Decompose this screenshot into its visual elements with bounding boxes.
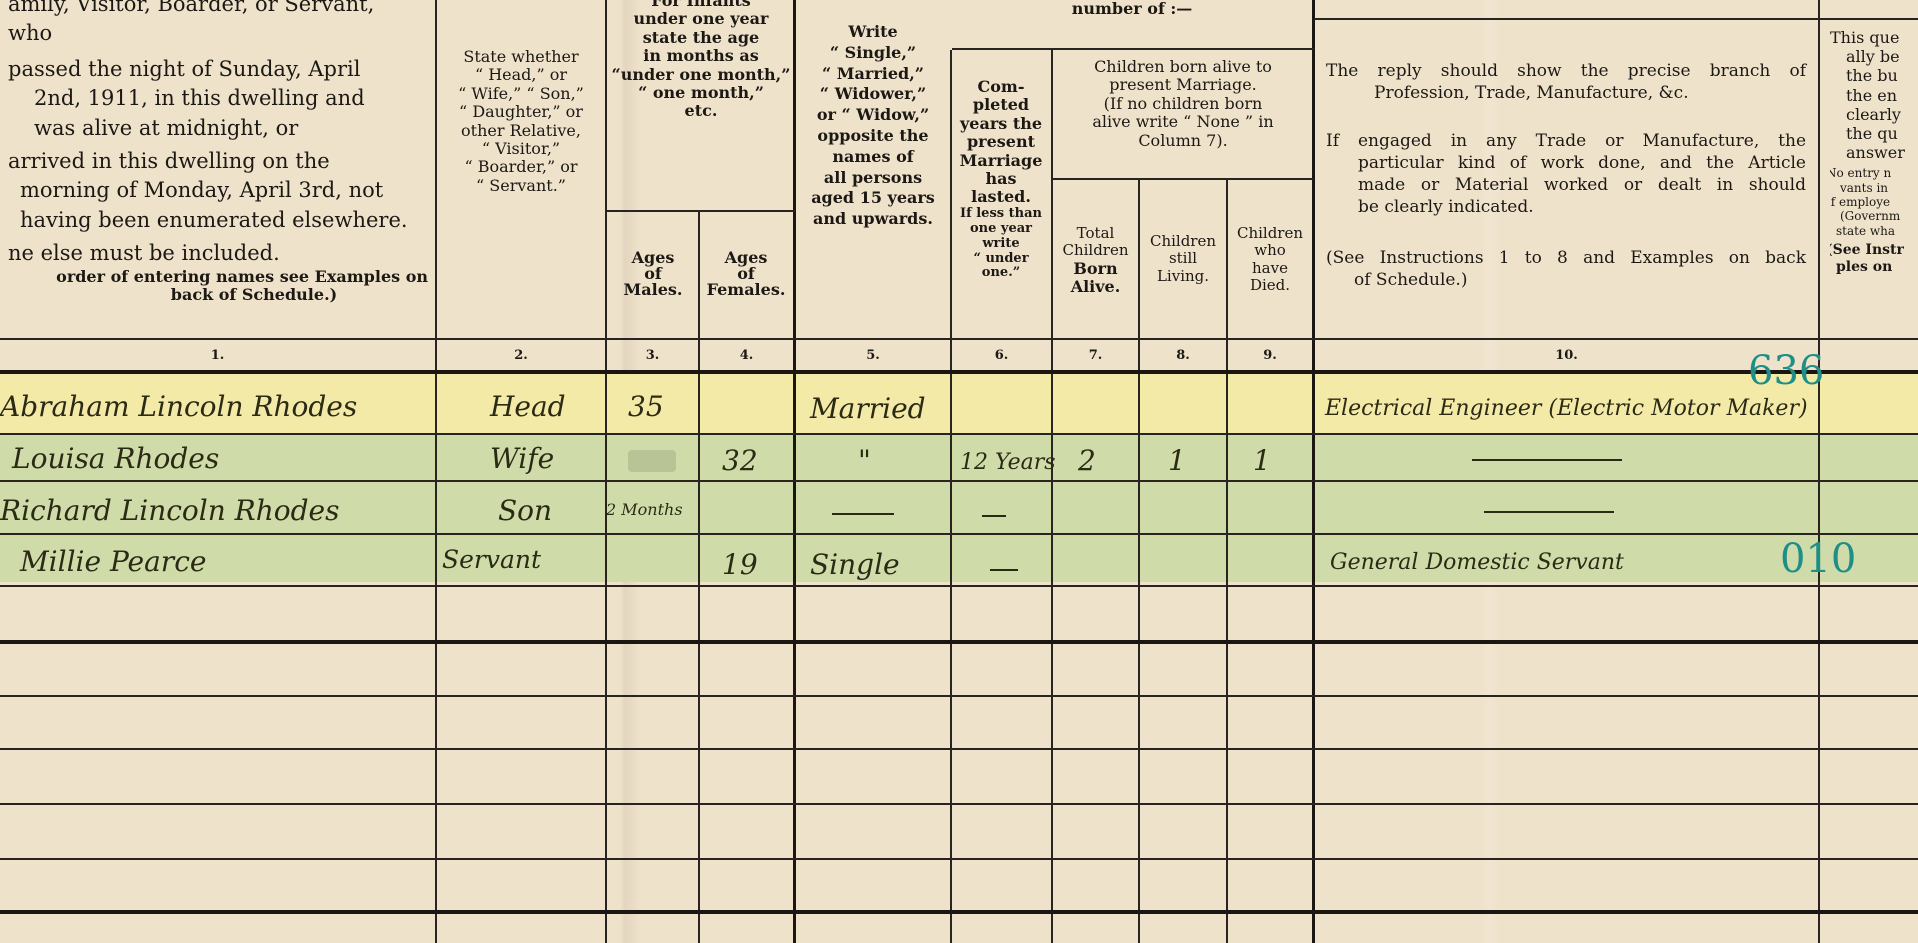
col1-line: who [8, 19, 428, 48]
col5-line: “ Single,” [796, 43, 950, 64]
column-number-10: 10. [1315, 348, 1818, 363]
col11-line: state wha [1830, 224, 1918, 238]
col6-line: one year [952, 222, 1050, 237]
infant-age-subrule [605, 210, 795, 212]
col-rule-10-11 [1818, 0, 1820, 943]
relation-to-head: Wife [490, 442, 554, 475]
col5-instructions: Write “ Single,” “ Married,” “ Widower,”… [796, 22, 950, 230]
col2-line: State whether [440, 48, 602, 66]
col5-line: “ Married,” [796, 64, 950, 85]
col9-header: Children who have Died. [1228, 225, 1312, 294]
col5-line: or “ Widow,” [796, 105, 950, 126]
col4-line: Females. [700, 282, 792, 298]
col11-line: ples on [1830, 259, 1918, 276]
marital-condition: Married [810, 392, 926, 425]
col7-line: Total [1053, 225, 1138, 242]
col34-line: in months as [608, 47, 794, 65]
col11-line: (Governm [1830, 209, 1918, 223]
ages-of-males-header: Ages of Males. [608, 250, 698, 298]
children-line: present Marriage. [1053, 76, 1313, 94]
col34-line: state the age [608, 29, 794, 47]
marital-condition: Single [810, 548, 900, 581]
column-number-8: 8. [1140, 348, 1226, 363]
colnum-bottom-rule [0, 370, 1918, 374]
column-number-1: 1. [0, 348, 435, 363]
col-rule-1-2 [435, 0, 437, 943]
row-rule [0, 858, 1918, 860]
occupation-code: 010 [1780, 536, 1856, 582]
col-rule-2-3 [605, 0, 607, 943]
col6-line: “ under [952, 252, 1050, 267]
col5-line: Write [796, 22, 950, 43]
col7-line: Children [1053, 242, 1138, 259]
col8-line: Living. [1140, 268, 1226, 285]
census-page: amily, Visitor, Boarder, or Servant, who… [0, 0, 1918, 943]
col6-line: If less than [952, 207, 1050, 222]
col11-line: (See Instr [1830, 242, 1918, 259]
col7-line: Born [1053, 260, 1138, 278]
col-rule-6-7 [1051, 50, 1053, 943]
column-number-9: 9. [1228, 348, 1312, 363]
col9-line: Died. [1228, 277, 1312, 294]
col6-line: write [952, 237, 1050, 252]
col34-line: under one year [608, 10, 794, 28]
col10-line: made or Material worked or dealt in shou… [1326, 174, 1806, 196]
years-married-dash [990, 569, 1018, 571]
col1-order-note: back of Schedule.) [0, 286, 428, 304]
children-died: 1 [1253, 444, 1271, 477]
smudged-erasure [628, 450, 676, 472]
col11-line: No entry n [1830, 166, 1918, 180]
col2-line: “ Visitor,” [440, 140, 602, 158]
years-married: 12 Years [960, 450, 1056, 475]
col10-top-rule [1314, 18, 1918, 20]
col6-line: Marriage [952, 152, 1050, 170]
column-number-4: 4. [700, 348, 793, 363]
col7-header: Total Children Born Alive. [1053, 225, 1138, 296]
col5-line: names of [796, 147, 950, 168]
col34-line: etc. [608, 102, 794, 120]
col34-line: “ one month,” [608, 84, 794, 102]
ages-of-females-header: Ages of Females. [700, 250, 792, 298]
col5-line: aged 15 years [796, 188, 950, 209]
col6-line: present [952, 133, 1050, 151]
col11-line: This que [1830, 28, 1918, 47]
col-rule-3-4 [698, 210, 700, 943]
header-bottom-rule [0, 338, 1918, 340]
col1-order-note: order of entering names see Examples on [0, 268, 428, 286]
age-male: 2 Months [606, 500, 683, 519]
number-of-rule [952, 48, 1314, 50]
person-name: Abraham Lincoln Rhodes [0, 390, 432, 423]
occupation-code: 636 [1748, 348, 1824, 394]
col9-line: who [1228, 242, 1312, 259]
col10-line: If engaged in any Trade or Manufacture, … [1326, 130, 1806, 152]
col10-line: be clearly indicated. [1326, 196, 1806, 218]
col1-line: arrived in this dwelling on the [8, 147, 428, 176]
col11-line: the bu [1830, 66, 1918, 85]
col2-line: “ Daughter,” or [440, 103, 602, 121]
column-number-2: 2. [437, 348, 605, 363]
col2-line: “ Servant.” [440, 177, 602, 195]
col8-line: still [1140, 250, 1226, 267]
col1-line: morning of Monday, April 3rd, not [8, 176, 428, 205]
col10-line: particular kind of work done, and the Ar… [1326, 152, 1806, 174]
children-line: alive write “ None ” in [1053, 113, 1313, 131]
row-rule [0, 803, 1918, 805]
column-number-6: 6. [952, 348, 1051, 363]
col5-line: all persons [796, 168, 950, 189]
occupation: General Domestic Servant [1330, 550, 1624, 575]
col8-header: Children still Living. [1140, 233, 1226, 285]
col2-instructions: State whether “ Head,” or “ Wife,” “ Son… [440, 48, 602, 195]
col11-instructions-cropped: This que ally be the bu the en clearly t… [1830, 28, 1918, 276]
col11-line: the qu [1830, 124, 1918, 143]
col6-instructions: Com- pleted years the present Marriage h… [952, 78, 1050, 281]
col2-line: “ Wife,” “ Son,” [440, 85, 602, 103]
children-born-alive: 2 [1078, 444, 1096, 477]
occupation-dash [1472, 459, 1622, 461]
children-line: Column 7). [1053, 132, 1313, 150]
age-female: 19 [722, 548, 758, 581]
col10-instructions: The reply should show the precise branch… [1326, 60, 1806, 291]
col1-line: ne else must be included. [8, 239, 428, 268]
children-line: (If no children born [1053, 95, 1313, 113]
col6-line: has [952, 170, 1050, 188]
relation-to-head: Head [490, 390, 566, 423]
col3-line: Males. [608, 282, 698, 298]
col11-line: the en [1830, 86, 1918, 105]
relation-to-head: Servant [442, 545, 541, 574]
col6-line: lasted. [952, 188, 1050, 206]
row-rule [0, 480, 1918, 482]
children-group-header: Children born alive to present Marriage.… [1053, 58, 1313, 150]
marital-condition: " [858, 444, 871, 477]
col1-instructions: amily, Visitor, Boarder, or Servant, who… [8, 0, 428, 269]
row-rule-thick [0, 640, 1918, 644]
children-subrule [1051, 178, 1313, 180]
col11-line: answer [1830, 143, 1918, 162]
column-number-3: 3. [607, 348, 698, 363]
col5-line: “ Widower,” [796, 84, 950, 105]
col6-line: years the [952, 115, 1050, 133]
col7-line: Alive. [1053, 278, 1138, 296]
col2-line: “ Head,” or [440, 66, 602, 84]
col2-line: other Relative, [440, 122, 602, 140]
col11-line: vants in [1830, 181, 1918, 195]
col11-line: If employe [1830, 195, 1918, 209]
row-rule-thick [0, 910, 1918, 914]
col9-line: have [1228, 260, 1312, 277]
col10-line: Profession, Trade, Manufacture, &c. [1326, 82, 1806, 104]
col1-line: was alive at midnight, or [8, 114, 428, 143]
col11-line: clearly [1830, 105, 1918, 124]
col1-line: having been enumerated elsewhere. [8, 206, 428, 235]
row-rule [0, 433, 1918, 435]
age-male: 35 [628, 390, 664, 423]
row-rule [0, 585, 1918, 587]
children-living: 1 [1168, 444, 1186, 477]
occupation-dash [1484, 511, 1614, 513]
col6-line: one.” [952, 266, 1050, 281]
person-name: Richard Lincoln Rhodes [0, 494, 340, 527]
condition-dash [832, 513, 894, 515]
relation-to-head: Son [498, 494, 552, 527]
col-rule-7-8 [1138, 180, 1140, 943]
col9-line: Children [1228, 225, 1312, 242]
row-rule [0, 533, 1918, 535]
col1-line: 2nd, 1911, in this dwelling and [8, 84, 428, 113]
col11-line: ally be [1830, 47, 1918, 66]
col1-line: amily, Visitor, Boarder, or Servant, [8, 0, 428, 19]
col10-line: (See Instructions 1 to 8 and Examples on… [1326, 247, 1806, 269]
number-of-label: number of :— [952, 0, 1312, 18]
col34-line: “under one month,” [608, 66, 794, 84]
col-rule-8-9 [1226, 180, 1228, 943]
age-female: 32 [722, 444, 758, 477]
infant-age-instructions: For Infants under one year state the age… [608, 0, 794, 121]
col5-line: and upwards. [796, 209, 950, 230]
col6-line: Com- [952, 78, 1050, 96]
col10-line: The reply should show the precise branch… [1326, 60, 1806, 82]
row-rule [0, 695, 1918, 697]
person-name: Louisa Rhodes [12, 442, 219, 475]
row-rule [0, 748, 1918, 750]
column-number-5: 5. [796, 348, 950, 363]
children-line: Children born alive to [1053, 58, 1313, 76]
col5-line: opposite the [796, 126, 950, 147]
years-married-dash [982, 515, 1006, 517]
col1-line: passed the night of Sunday, April [8, 55, 428, 84]
col2-line: “ Boarder,” or [440, 158, 602, 176]
person-name: Millie Pearce [20, 545, 206, 578]
col10-line: of Schedule.) [1326, 269, 1806, 291]
occupation: Electrical Engineer (Electric Motor Make… [1325, 396, 1895, 421]
column-number-7: 7. [1053, 348, 1138, 363]
col6-line: pleted [952, 96, 1050, 114]
col8-line: Children [1140, 233, 1226, 250]
